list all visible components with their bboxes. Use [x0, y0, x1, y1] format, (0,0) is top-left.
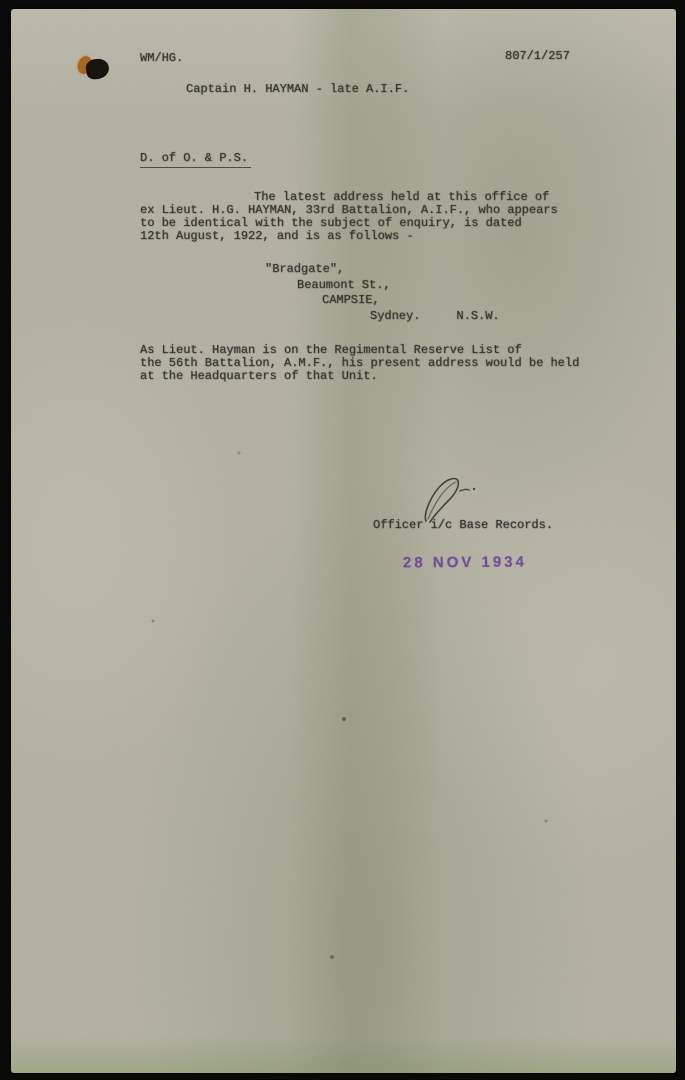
subject-line: Captain H. HAYMAN - late A.I.F.: [186, 83, 409, 96]
paragraph-1: The latest address held at this office o…: [140, 191, 558, 243]
address-block: "Bradgate",Beaumont St.,CAMPSIE,Sydney. …: [265, 262, 500, 324]
address-block-line: "Bradgate",: [265, 262, 500, 278]
paper-specks: [0, 0, 2, 2]
punch-hole-ink-blot: [78, 55, 110, 81]
address-block-line: Beaumont St.,: [297, 278, 500, 294]
scanned-letter-page: { "page": { "frame_color": "#0a0a08", "p…: [0, 0, 685, 1080]
recipient-line: D. of O. & P.S.: [140, 152, 251, 168]
paragraph-2: As Lieut. Hayman is on the Regimental Re…: [140, 344, 579, 383]
paragraph-2-line: at the Headquarters of that Unit.: [140, 370, 579, 383]
address-block-line: CAMPSIE,: [322, 293, 500, 309]
hole-dark-spot: [85, 57, 111, 80]
letter-content: WM/HG. 807/1/257 Captain H. HAYMAN - lat…: [0, 0, 685, 1080]
typist-reference: WM/HG.: [140, 52, 183, 65]
date-stamp: 28 NOV 1934: [403, 554, 527, 572]
paragraph-1-line: 12th August, 1922, and is as follows -: [140, 230, 558, 243]
signoff-line: Officer i/c Base Records.: [373, 519, 553, 532]
file-number: 807/1/257: [505, 50, 570, 63]
address-block-line: Sydney. N.S.W.: [370, 309, 500, 325]
